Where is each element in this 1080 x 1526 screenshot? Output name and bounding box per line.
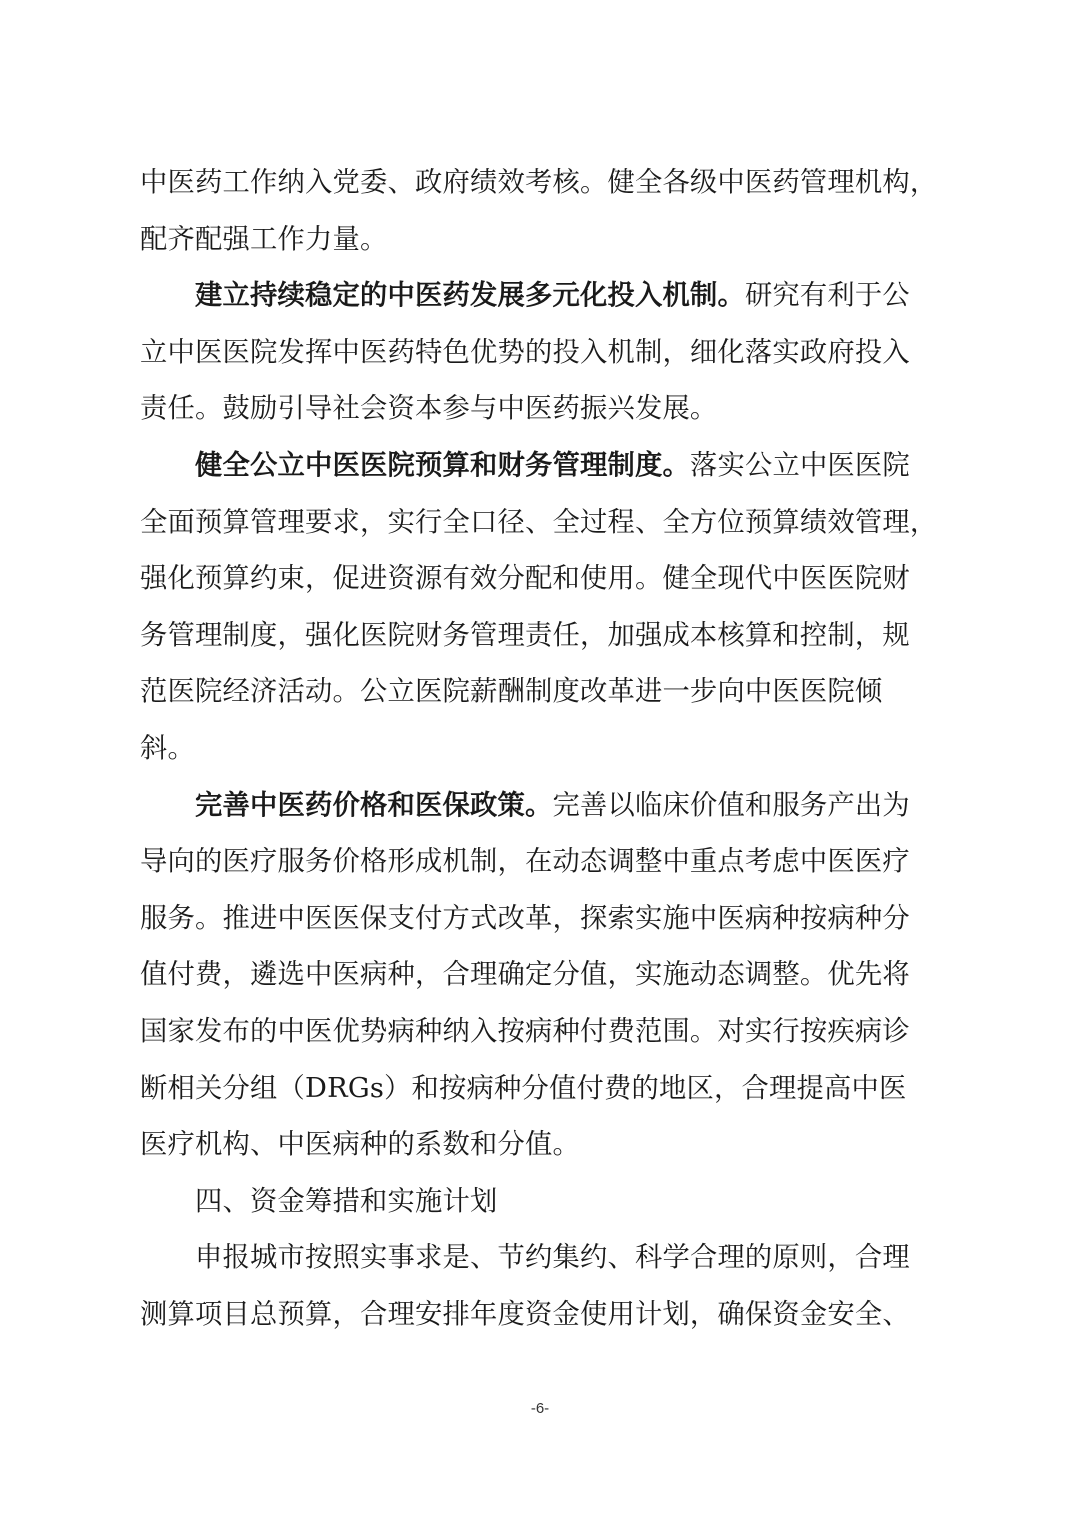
document-page: 中医药工作纳入党委、政府绩效考核。健全各级中医药管理机构， 配齐配强工作力量。 … — [140, 155, 944, 1343]
text-line: 医疗机构、中医病种的系数和分值。 — [140, 1117, 944, 1174]
section-heading: 四、资金筹措和实施计划 — [140, 1174, 944, 1231]
text-line: 导向的医疗服务价格形成机制，在动态调整中重点考虑中医医疗 — [140, 834, 944, 891]
text-line: 断相关分组（DRGs）和按病种分值付费的地区，合理提高中医 — [140, 1061, 944, 1118]
paragraph-bold-lead: 健全公立中医医院预算和财务管理制度。 — [195, 450, 690, 481]
text-line: 全面预算管理要求，实行全口径、全过程、全方位预算绩效管理， — [140, 495, 944, 552]
text-line: 国家发布的中医优势病种纳入按病种付费范围。对实行按疾病诊 — [140, 1004, 944, 1061]
paragraph-text: 落实公立中医医院 — [690, 450, 910, 481]
text-line: 范医院经济活动。公立医院薪酬制度改革进一步向中医医院倾 — [140, 664, 944, 721]
text-line: 斜。 — [140, 721, 944, 778]
paragraph-funding-plan: 申报城市按照实事求是、节约集约、科学合理的原则，合理 测算项目总预算，合理安排年… — [140, 1230, 944, 1343]
paragraph-text: 研究有利于公 — [745, 280, 910, 311]
text-line: 责任。鼓励引导社会资本参与中医药振兴发展。 — [140, 381, 944, 438]
paragraph-text: 完善以临床价值和服务产出为 — [552, 790, 909, 821]
text-line: 申报城市按照实事求是、节约集约、科学合理的原则，合理 — [140, 1230, 944, 1287]
text-line: 中医药工作纳入党委、政府绩效考核。健全各级中医药管理机构， — [140, 155, 944, 212]
text-line: 建立持续稳定的中医药发展多元化投入机制。研究有利于公 — [140, 268, 944, 325]
paragraph-pricing-insurance: 完善中医药价格和医保政策。完善以临床价值和服务产出为 导向的医疗服务价格形成机制… — [140, 778, 944, 1174]
text-line: 完善中医药价格和医保政策。完善以临床价值和服务产出为 — [140, 778, 944, 835]
text-line: 配齐配强工作力量。 — [140, 212, 944, 269]
text-line: 测算项目总预算，合理安排年度资金使用计划，确保资金安全、 — [140, 1287, 944, 1344]
paragraph-budget-finance: 健全公立中医医院预算和财务管理制度。落实公立中医医院 全面预算管理要求，实行全口… — [140, 438, 944, 778]
paragraph-investment-mechanism: 建立持续稳定的中医药发展多元化投入机制。研究有利于公 立中医医院发挥中医药特色优… — [140, 268, 944, 438]
page-number: -6- — [0, 1400, 1080, 1417]
text-line: 立中医医院发挥中医药特色优势的投入机制，细化落实政府投入 — [140, 325, 944, 382]
text-line: 健全公立中医医院预算和财务管理制度。落实公立中医医院 — [140, 438, 944, 495]
text-line: 务管理制度，强化医院财务管理责任，加强成本核算和控制，规 — [140, 608, 944, 665]
text-line: 强化预算约束，促进资源有效分配和使用。健全现代中医医院财 — [140, 551, 944, 608]
paragraph-bold-lead: 建立持续稳定的中医药发展多元化投入机制。 — [195, 280, 745, 311]
text-line: 服务。推进中医医保支付方式改革，探索实施中医病种按病种分 — [140, 891, 944, 948]
text-line: 值付费，遴选中医病种，合理确定分值，实施动态调整。优先将 — [140, 947, 944, 1004]
paragraph-bold-lead: 完善中医药价格和医保政策。 — [195, 790, 552, 821]
paragraph-performance-assessment: 中医药工作纳入党委、政府绩效考核。健全各级中医药管理机构， 配齐配强工作力量。 — [140, 155, 944, 268]
